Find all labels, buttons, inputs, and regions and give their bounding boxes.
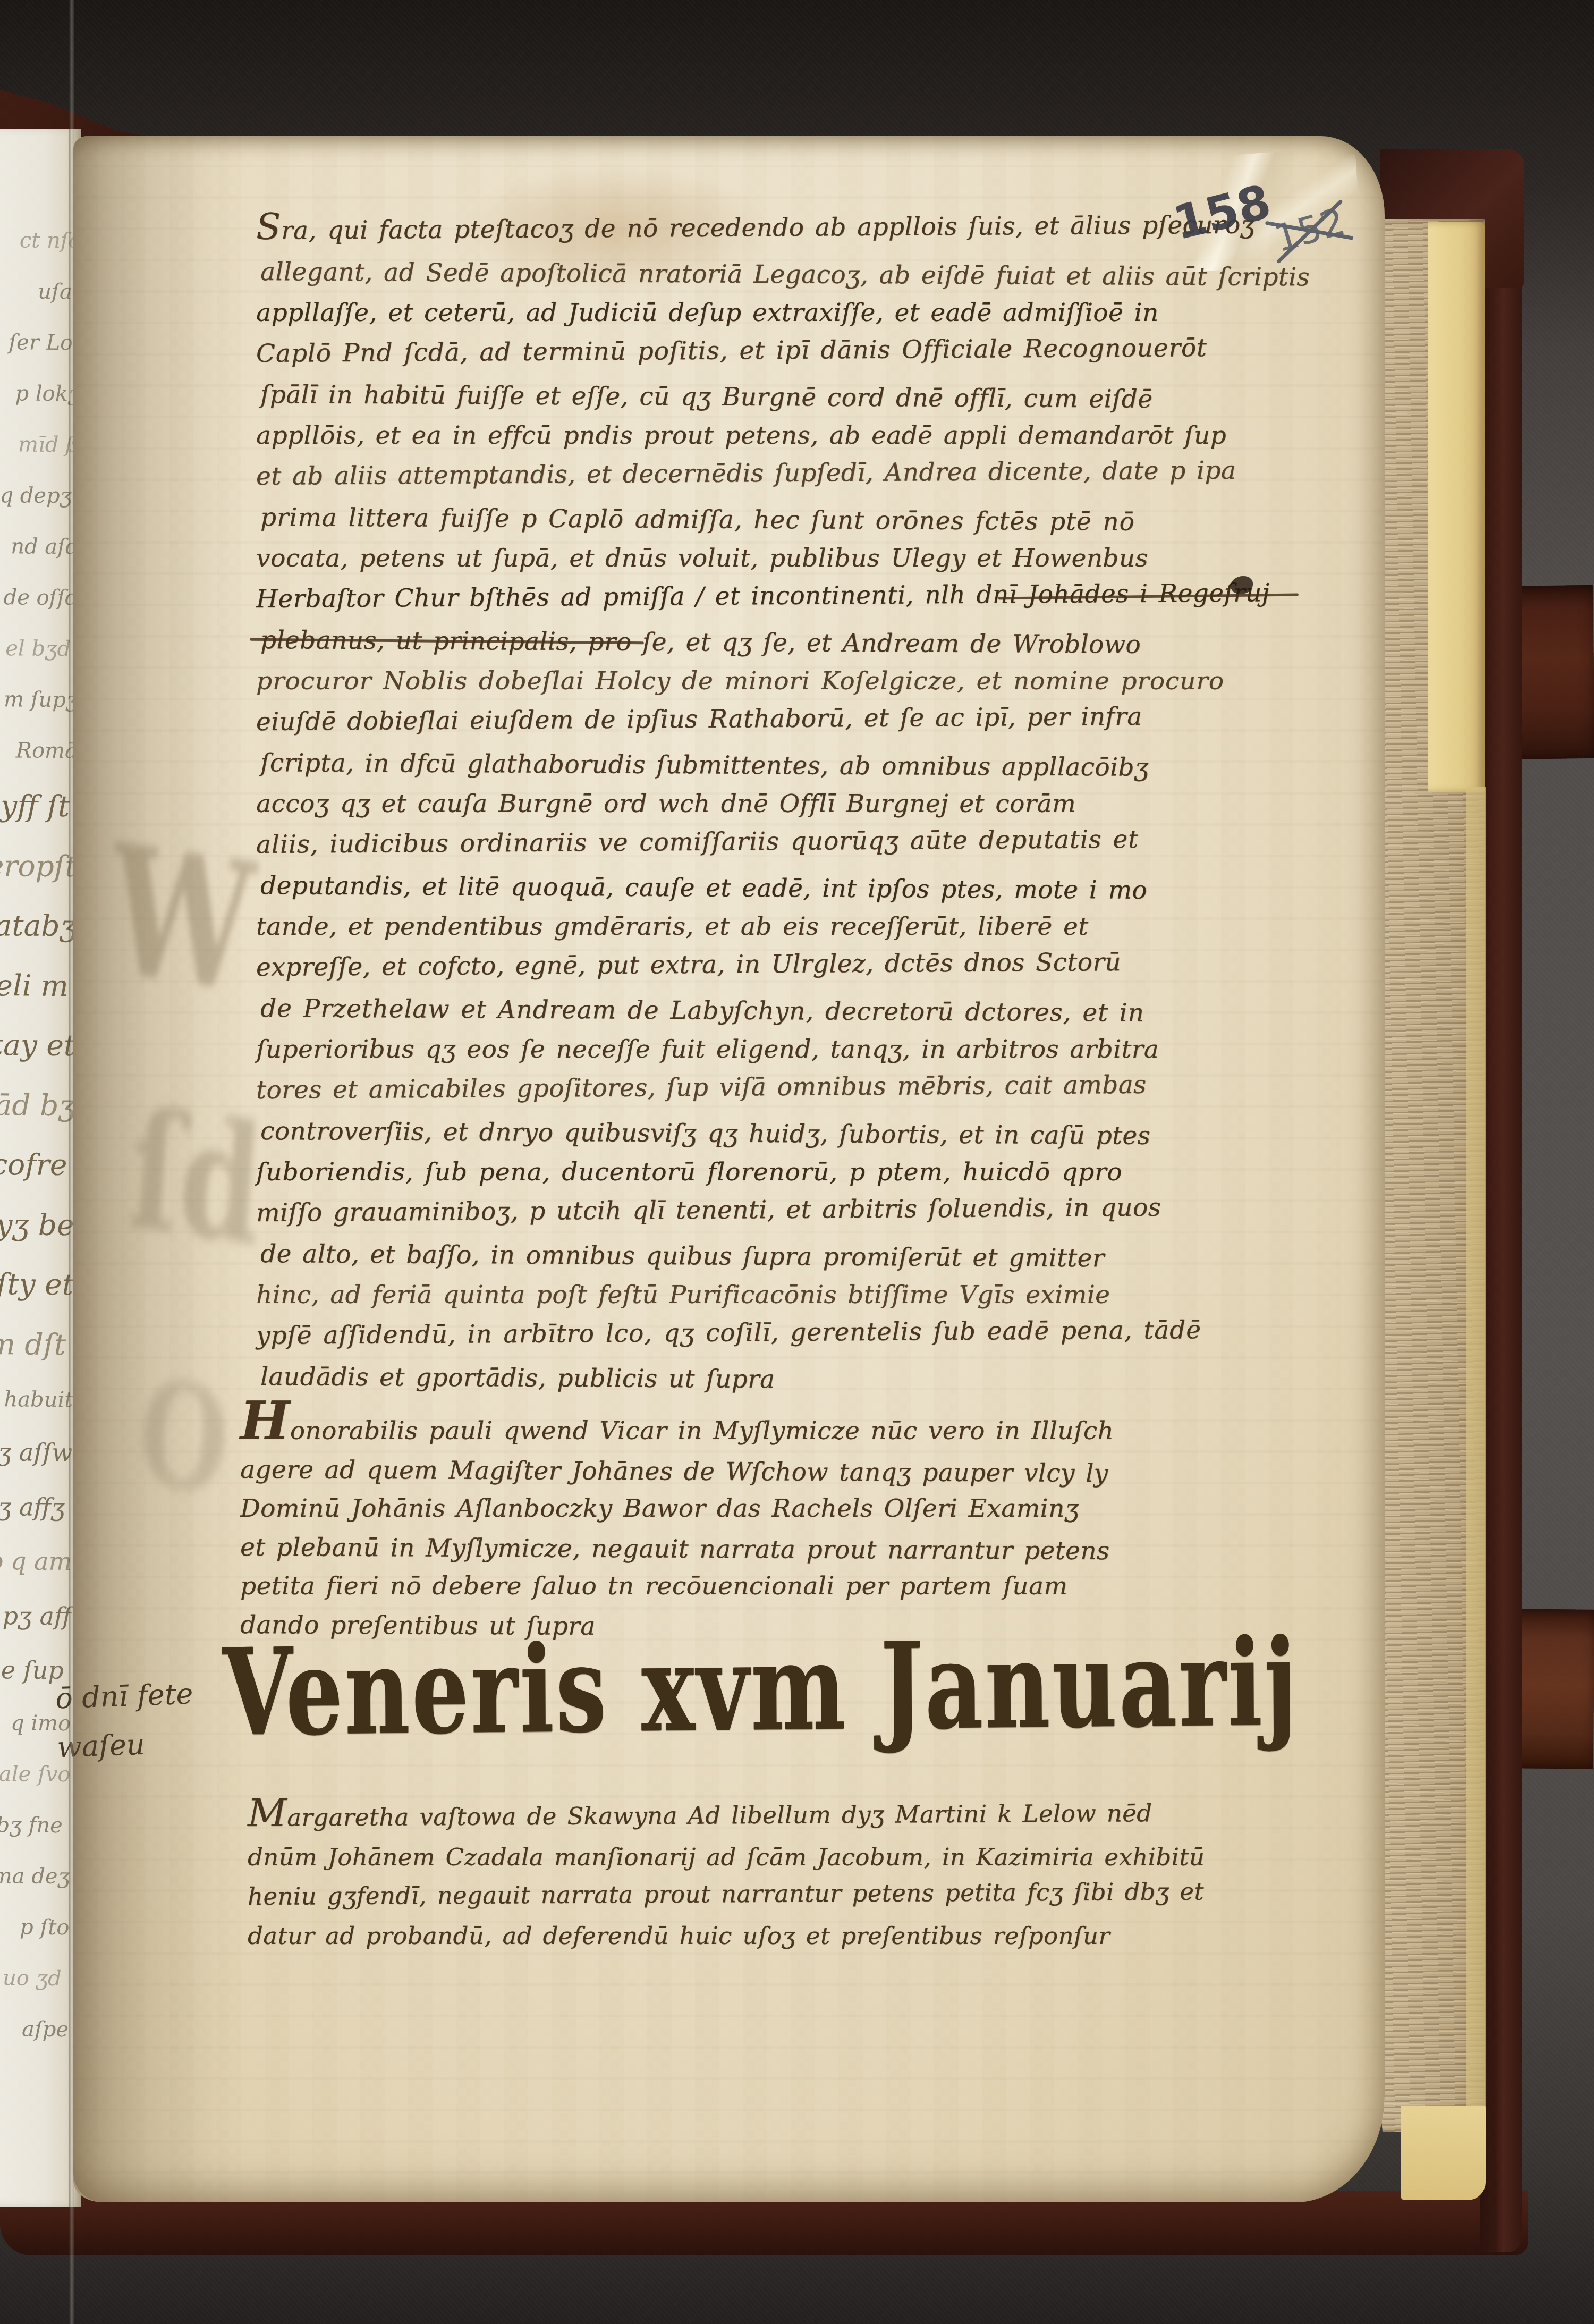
manuscript-line: Sra, qui facta pteſtacoʒ de nō recedendo… (256, 204, 1305, 251)
facing-page-text-fragment: p lokʒ (0, 381, 80, 405)
book-cover-right-edge (1480, 152, 1522, 2252)
date-heading: Veneris xvm Januarij (222, 1622, 1299, 1752)
manuscript-line: controverſiis, et dnryo quibusviſʒ qʒ hu… (260, 1111, 1310, 1157)
facing-page-text-fragment: bʒ fne (0, 1813, 63, 1837)
manuscript-line: dnūm Johānem Czadala manſionarij ad ſcām… (248, 1838, 1205, 1877)
manuscript-line: ypſē aſſidendū, in arbītro lco, qʒ coſil… (256, 1309, 1305, 1356)
marginal-note-line: ō dnī fete (55, 1670, 194, 1723)
manuscript-line: appllōis, et ea in effcū pndis prout pet… (256, 415, 1305, 456)
manuscript-line: tande, et pendentibus gmdēraris, et ab e… (256, 906, 1305, 947)
facing-page-text-fragment: dotād bʒ (0, 1088, 75, 1121)
manuscript-line: ſcripta, in dfcū glathaborudis ſubmitten… (260, 742, 1310, 789)
facing-page-text-fragment: ſmadyʒ be (0, 1207, 74, 1241)
manuscript-line: eiuſdē dobieſlai eiuſdem de ipſius Ratha… (256, 695, 1305, 742)
manuscript-line: plebanus, ut principalis, pro ſe, et qʒ … (260, 620, 1310, 666)
manuscript-line: agere ad quem Magiſter Johānes de Wſchow… (240, 1450, 1114, 1493)
facing-page-text-fragment: gyff ſt (0, 789, 70, 823)
manuscript-line: heniu gʒfendī, negauit narrata prout nar… (248, 1872, 1205, 1916)
facing-page-text-fragment: nd aſd (0, 534, 79, 559)
marginal-note-line: waſeu (56, 1718, 196, 1772)
facing-page-text-fragment: LL p q am (0, 1547, 72, 1575)
bleed-through-glyph: W (104, 822, 259, 1018)
manuscript-line: petita fieri nō debere ſaluo tn recōuenc… (240, 1567, 1114, 1605)
glass-plate-edge (69, 0, 74, 2324)
endpaper-top-band (1428, 222, 1485, 792)
manuscript-line: hinc, ad feriā quinta poſt feſtū Purific… (256, 1274, 1305, 1315)
manuscript-line: Caplō Pnd ſcdā, ad terminū poſitis, et i… (256, 327, 1305, 374)
facing-page-text-fragment: aſpe (0, 2017, 69, 2041)
facing-page-text-fragment: m ſupʒ (0, 687, 78, 712)
manuscript-line: ſpālī in habitū fuiſſe et eſſe, cū qʒ Bu… (260, 374, 1310, 420)
facing-page-text-fragment: ſtay et (0, 1028, 75, 1062)
manuscript-line: laudādis et gportādis, publicis ut ſupra (260, 1356, 1310, 1402)
marginal-note: ō dnī fete waſeu (55, 1670, 196, 1772)
facing-page-text-fragment: de ſup (0, 1656, 64, 1684)
facing-page-text-fragment: uo ʒd (0, 1966, 62, 1990)
facing-page-text-fragment: uty m dſt (0, 1327, 66, 1360)
manuscript-line: expreſſe, et cofcto, egnē, put extra, in… (256, 941, 1305, 988)
manuscript-line: procuror Noblis dobeſlai Holcy de minori… (256, 661, 1305, 702)
manuscript-photo: ct nſouſatſer Lop lokʒmīd ßq depʒnd aſdd… (0, 0, 1594, 2324)
facing-page-text-fragment: nda cofre (0, 1148, 67, 1181)
manuscript-line: tores et amicabiles gpoſitores, ſup viſā… (256, 1063, 1305, 1111)
paragraph-2: Honorabilis pauli qwend Vicar in Myſlymi… (240, 1404, 1114, 1644)
manuscript-line: Honorabilis pauli qwend Vicar in Myſlymi… (240, 1404, 1114, 1450)
manuscript-line: ſuboriendis, ſub pena, ducentorū floreno… (256, 1152, 1305, 1193)
manuscript-line: et ab aliis attemptandis, et decernēdis … (256, 450, 1305, 497)
manuscript-line: miſſo grauaminiboʒ, p utcih qlī tenenti,… (256, 1186, 1305, 1233)
manuscript-line: Dominū Johānis Aſlanboczky Bawor das Rac… (240, 1489, 1114, 1528)
facing-page-text-fragment: Bereli m (0, 968, 69, 1002)
facing-page-text-fragment: el bʒd (0, 636, 71, 661)
manuscript-line: et plebanū in Myſlymicze, negauit narrat… (240, 1528, 1114, 1570)
manuscript-line: de Przethelaw et Andream de Labyſchyn, d… (260, 988, 1310, 1034)
bleed-through-glyph: O (134, 1360, 233, 1516)
facing-page-text-fragment: ʒ habuit (0, 1387, 73, 1412)
facing-page-text-fragment: couſty et (0, 1267, 74, 1301)
manuscript-line: vocata, petens ut ſupā, et dnūs voluit, … (256, 538, 1305, 579)
facing-page-text-fragment: Veropſt (0, 849, 77, 882)
endpaper-sliver (1466, 787, 1486, 2115)
endpaper-bottom-wedge (1401, 2106, 1486, 2200)
facing-page-text-fragment: pʒ aſſw (0, 1438, 73, 1466)
facing-page-text-fragment: p ſto (0, 1915, 70, 1939)
manuscript-line: accoʒ qʒ et cauſa Burgnē ord wch dnē Off… (256, 783, 1305, 824)
facing-page-text-fragment: de oſſd (0, 585, 79, 610)
manuscript-line: appllaſſe, et ceterū, ad Judiciū deſup e… (256, 292, 1305, 333)
facing-page-text-fragment: ſer Lo (0, 330, 73, 354)
paragraph-1: Sra, qui facta pteſtacoʒ de nō recedendo… (256, 210, 1305, 1397)
bleed-through-glyph: ſd (125, 1088, 267, 1269)
manuscript-line: prima littera fuiſſe p Caplō admiſſa, he… (260, 497, 1310, 543)
manuscript-line: aliis, iudicibus ordinariis ve comiſſari… (256, 818, 1305, 865)
manuscript-line: de alto, et baſſo, in omnibus quibus ſup… (260, 1233, 1310, 1280)
facing-page-text-fragment: mīd ß (0, 432, 80, 457)
facing-page-text-fragment: nit pʒ aff (0, 1601, 72, 1629)
manuscript-line: deputandis, et litē quoquā, cauſe et ead… (260, 865, 1310, 911)
manuscript-line: datur ad probandū, ad deferendū huic uſo… (248, 1916, 1205, 1956)
facing-page-text-fragment: q depʒ (0, 483, 72, 508)
facing-page-text-fragment: ma deʒ (0, 1864, 70, 1888)
paragraph-3: Margaretha vaſtowa de Skawyna Ad libellu… (248, 1798, 1205, 1956)
manuscript-line: allegant, ad Sedē apoſtolicā nratoriā Le… (260, 251, 1310, 298)
facing-page-text-fragment: t pʒ affʒ (0, 1492, 65, 1520)
manuscript-line: Margaretha vaſtowa de Skawyna Ad libellu… (248, 1794, 1205, 1838)
facing-page-text-fragment: Aldatabʒ (0, 909, 77, 942)
manuscript-line: ſuperioribus qʒ eos ſe neceſſe fuit elig… (256, 1029, 1305, 1070)
facing-page-text-fragment: Romā (0, 738, 78, 763)
